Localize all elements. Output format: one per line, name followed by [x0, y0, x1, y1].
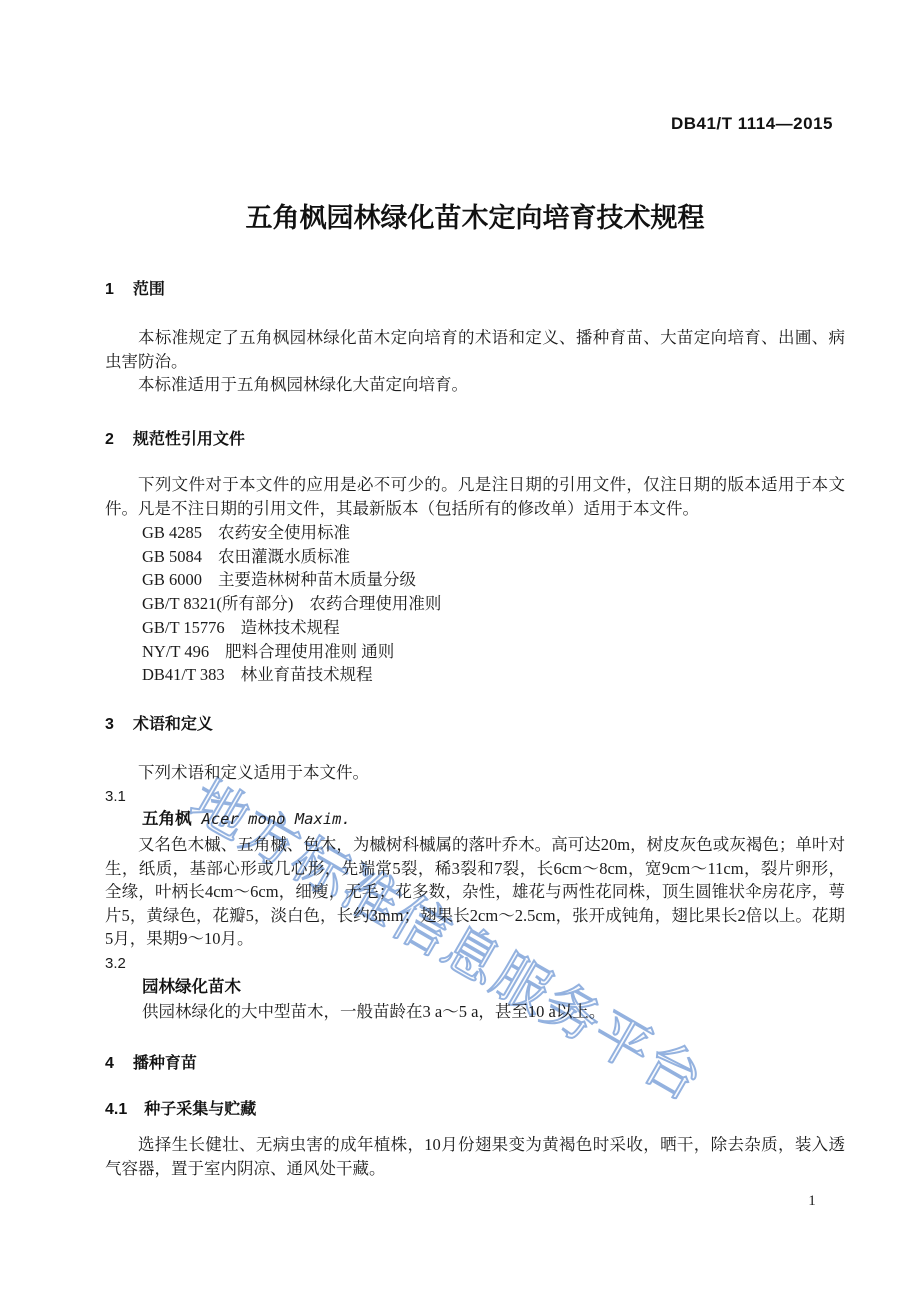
section-3-title: 术语和定义 — [133, 716, 213, 733]
section-2-number: 2 — [105, 430, 114, 449]
document-page: DB41/T 1114—2015 五角枫园林绿化苗木定向培育技术规程 地方标准信… — [0, 0, 920, 1302]
seed-collection-paragraph: 选择生长健壮、无病虫害的成年植株，10月份翅果变为黄褐色时采收，晒干，除去杂质，… — [105, 1133, 845, 1180]
section-3-number: 3 — [105, 715, 114, 734]
term-3-1-latin-name: Acer mono Maxim. — [202, 810, 351, 828]
reference-name: 主要造林树种苗木质量分级 — [218, 570, 416, 589]
term-3-1-line: 五角枫Acer mono Maxim. — [142, 809, 351, 830]
standard-code: DB41/T 1114—2015 — [105, 114, 833, 134]
section-1-number: 1 — [105, 280, 114, 299]
reference-item: NY/T 496肥料合理使用准则 通则 — [105, 640, 845, 664]
section-2-title: 规范性引用文件 — [133, 431, 245, 448]
reference-item: GB 5084农田灌溉水质标准 — [105, 545, 845, 569]
section-1-title: 范围 — [133, 281, 165, 298]
reference-name: 农药安全使用标准 — [218, 523, 350, 542]
term-3-2-line: 园林绿化苗木 — [142, 977, 241, 998]
section-4-1-title: 种子采集与贮藏 — [144, 1101, 256, 1118]
term-3-1-name: 五角枫 — [142, 810, 192, 828]
section-4-heading: 4播种育苗 — [105, 1054, 845, 1073]
reference-code: GB/T 15776 — [142, 618, 225, 637]
normative-references-intro: 下列文件对于本文件的应用是必不可少的。凡是注日期的引用文件，仅注日期的版本适用于… — [105, 473, 845, 520]
section-3-heading: 3术语和定义 — [105, 715, 845, 734]
section-2-heading: 2规范性引用文件 — [105, 430, 845, 449]
reference-code: NY/T 496 — [142, 642, 209, 661]
section-4-1-number: 4.1 — [105, 1100, 127, 1119]
scope-paragraph-1: 本标准规定了五角枫园林绿化苗木定向培育的术语和定义、播种育苗、大苗定向培育、出圃… — [105, 326, 845, 373]
document-title: 五角枫园林绿化苗木定向培育技术规程 — [105, 196, 845, 235]
section-1-heading: 1范围 — [105, 280, 845, 299]
section-4-title: 播种育苗 — [133, 1055, 197, 1072]
clause-3-2-number: 3.2 — [105, 954, 126, 973]
reference-code: GB 5084 — [142, 547, 202, 566]
reference-item: GB 4285农药安全使用标准 — [105, 521, 845, 545]
reference-name: 农药合理使用准则 — [309, 594, 441, 613]
section-4-number: 4 — [105, 1054, 114, 1073]
clause-3-1-number: 3.1 — [105, 787, 126, 806]
reference-name: 农田灌溉水质标准 — [218, 547, 350, 566]
reference-code: GB 6000 — [142, 570, 202, 589]
reference-item: GB/T 8321(所有部分)农药合理使用准则 — [105, 592, 845, 616]
reference-item: DB41/T 383林业育苗技术规程 — [105, 663, 845, 687]
reference-code: GB 4285 — [142, 523, 202, 542]
section-4-1-heading: 4.1种子采集与贮藏 — [105, 1100, 845, 1119]
reference-list: GB 4285农药安全使用标准 GB 5084农田灌溉水质标准 GB 6000主… — [105, 521, 845, 687]
reference-item: GB/T 15776造林技术规程 — [105, 616, 845, 640]
reference-name: 肥料合理使用准则 通则 — [225, 642, 394, 661]
term-3-2-definition: 供园林绿化的大中型苗木，一般苗龄在3 a～5 a，甚至10 a以上。 — [142, 1000, 845, 1024]
term-3-1-definition: 又名色木槭、五角槭、色木，为槭树科槭属的落叶乔木。高可达20m，树皮灰色或灰褐色… — [105, 833, 845, 951]
terms-intro: 下列术语和定义适用于本文件。 — [105, 761, 845, 785]
reference-code: DB41/T 383 — [142, 665, 225, 684]
term-3-2-name: 园林绿化苗木 — [142, 978, 241, 996]
reference-name: 造林技术规程 — [241, 618, 340, 637]
page-number: 1 — [796, 1193, 828, 1210]
reference-code: GB/T 8321(所有部分) — [142, 594, 293, 613]
reference-item: GB 6000主要造林树种苗木质量分级 — [105, 568, 845, 592]
reference-name: 林业育苗技术规程 — [241, 665, 373, 684]
scope-paragraph-2: 本标准适用于五角枫园林绿化大苗定向培育。 — [105, 373, 845, 397]
